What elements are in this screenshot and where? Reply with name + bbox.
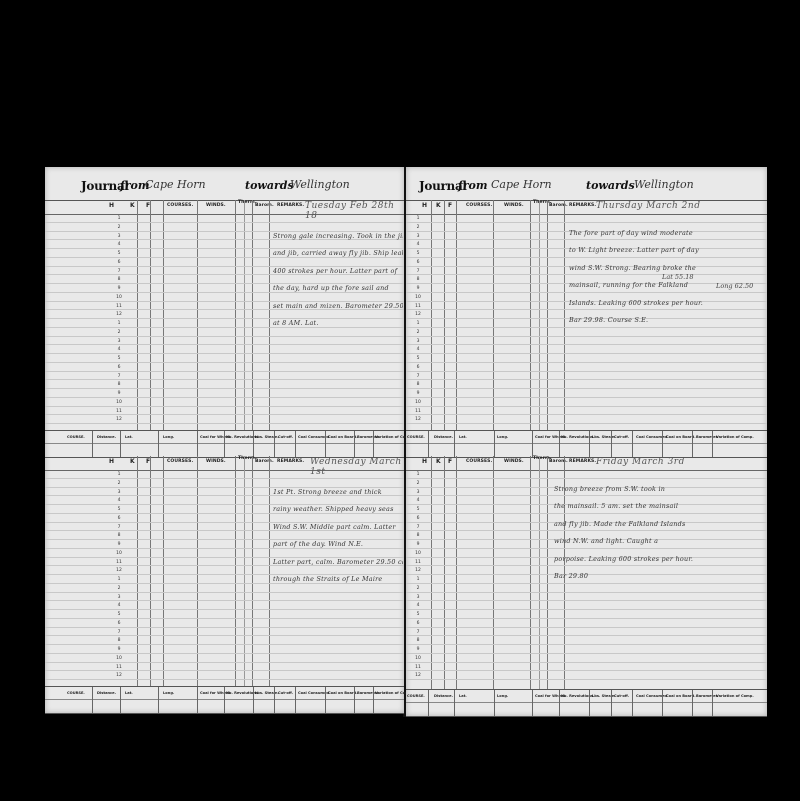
- hour-number: 1: [111, 577, 127, 582]
- footer-divider: [559, 690, 560, 716]
- hour-row: 3: [406, 337, 767, 346]
- hour-number: 12: [410, 312, 426, 317]
- towards-value: Wellington: [634, 178, 694, 191]
- remarks-line: the day, hard up the fore sail and: [273, 284, 403, 293]
- footer-divider: [120, 431, 121, 457]
- hour-number: 2: [410, 481, 426, 486]
- hour-number: 6: [111, 516, 127, 521]
- remarks-line: and jib, carried away fly jib. Ship leak…: [273, 249, 403, 258]
- hour-number: 7: [410, 269, 426, 274]
- hour-number: 2: [111, 225, 127, 230]
- hour-row: 11: [45, 407, 404, 416]
- hour-row: 4: [406, 345, 767, 354]
- hour-number: 2: [410, 330, 426, 335]
- entry-remarks: Strong breeze from S.W. took in the main…: [554, 476, 765, 590]
- footer-divider: [120, 687, 121, 713]
- remarks-line: rainy weather. Shipped heavy seas: [273, 505, 403, 514]
- hour-number: 11: [111, 409, 127, 414]
- col-courses: COURSES.: [167, 459, 193, 464]
- footer-divider: [92, 687, 93, 713]
- hour-number: 6: [410, 365, 426, 370]
- hour-number: 9: [410, 286, 426, 291]
- remarks-line: wind S.W. Strong. Bearing broke the: [569, 264, 765, 273]
- col-winds: WINDS.: [504, 203, 524, 208]
- hour-number: 4: [410, 603, 426, 608]
- hour-number: 7: [111, 630, 127, 635]
- hour-number: 6: [111, 621, 127, 626]
- footer-course: COURSE.: [67, 435, 85, 439]
- footer-divider: [373, 431, 374, 457]
- hour-number: 4: [410, 242, 426, 247]
- hour-number: 5: [111, 507, 127, 512]
- remarks-line: at 8 AM. Lat.: [273, 319, 403, 328]
- footer-steam: Lbs. Steam.: [592, 694, 616, 698]
- footer-divider: [611, 690, 612, 716]
- hour-row: 3: [45, 337, 404, 346]
- hour-number: 6: [111, 260, 127, 265]
- footer-course: COURSE.: [407, 694, 425, 698]
- log-section-lower-right: H K F COURSES. WINDS. Therm. Barom. REMA…: [406, 456, 767, 689]
- remarks-line: Strong breeze from S.W. took in: [554, 485, 765, 494]
- col-remarks: REMARKS.: [569, 203, 596, 208]
- footer-divider: [274, 687, 275, 713]
- hour-row: 10: [45, 654, 404, 663]
- footer-cutoff: Cut-off.: [614, 694, 629, 698]
- hour-row: 10: [406, 398, 767, 407]
- footer-divider: [428, 690, 429, 716]
- col-barom: Barom.: [255, 459, 274, 464]
- footer-divider: [295, 687, 296, 713]
- col-k: K: [130, 458, 135, 465]
- hour-row: 8: [406, 636, 767, 645]
- hour-row: 6: [45, 619, 404, 628]
- hour-row: 6: [406, 619, 767, 628]
- left-page-title-row: Journal from Cape Horn towards Wellingto…: [45, 167, 404, 201]
- log-header: H K F COURSES. WINDS. Therm. Barom. REMA…: [406, 200, 767, 215]
- footer-lat: Lat.: [459, 435, 467, 439]
- hour-number: 1: [410, 577, 426, 582]
- hour-row: 9: [406, 389, 767, 398]
- footer-lat: Lat.: [459, 694, 467, 698]
- footer-long: Long.: [163, 691, 174, 695]
- col-courses: COURSES.: [466, 203, 492, 208]
- hour-number: 8: [111, 277, 127, 282]
- footer-divider: [454, 431, 455, 457]
- hour-row: 8: [45, 380, 404, 389]
- hour-number: 4: [111, 498, 127, 503]
- hour-number: 3: [410, 595, 426, 600]
- col-winds: WINDS.: [206, 459, 226, 464]
- remarks-line: through the Straits of Le Maire: [273, 575, 403, 584]
- hour-row: 5: [406, 610, 767, 619]
- hour-number: 12: [410, 568, 426, 573]
- footer-divider: [354, 431, 355, 457]
- footer-divider: [158, 687, 159, 713]
- hour-number: 8: [410, 638, 426, 643]
- hour-number: 9: [111, 647, 127, 652]
- footer-divider: [532, 431, 533, 457]
- summary-footer-lower-right: COURSE. Distance. Lat. Long. Coal for Wh…: [406, 689, 767, 717]
- remarks-line: The fore part of day wind moderate: [569, 229, 765, 238]
- hour-row: 10: [406, 654, 767, 663]
- hour-row: 9: [406, 645, 767, 654]
- hour-row: 7: [45, 628, 404, 637]
- col-therm: Therm.: [238, 200, 257, 205]
- hour-number: 9: [410, 647, 426, 652]
- log-section-lower-left: H K F COURSES. WINDS. Therm. Barom. REMA…: [45, 456, 404, 686]
- col-k: K: [436, 202, 441, 209]
- remarks-line: 400 strokes per hour. Latter part of: [273, 267, 403, 276]
- right-page-title-row: Journal from Cape Horn towards Wellingto…: [406, 167, 767, 201]
- hour-number: 2: [111, 481, 127, 486]
- remarks-line: porpoise. Leaking 600 strokes per hour.: [554, 555, 765, 564]
- hour-row: 11: [45, 663, 404, 672]
- col-therm: Therm.: [238, 456, 257, 461]
- hour-number: 10: [111, 551, 127, 556]
- remarks-line: Islands. Leaking 600 strokes per hour.: [569, 299, 765, 308]
- col-courses: COURSES.: [167, 203, 193, 208]
- hour-number: 5: [410, 507, 426, 512]
- hour-row: 5: [406, 354, 767, 363]
- hour-number: 11: [111, 304, 127, 309]
- towards-label: towards: [586, 179, 635, 192]
- hour-number: 10: [111, 656, 127, 661]
- hour-number: 12: [410, 417, 426, 422]
- hour-number: 5: [410, 612, 426, 617]
- hour-row: 12: [45, 671, 404, 680]
- hour-number: 1: [111, 216, 127, 221]
- footer-variation: Variation of Comp.: [716, 435, 754, 439]
- footer-lat: Lat.: [125, 435, 133, 439]
- hour-row: 6: [406, 363, 767, 372]
- hour-number: 1: [111, 472, 127, 477]
- hour-number: 12: [111, 417, 127, 422]
- hour-row: 9: [45, 645, 404, 654]
- remarks-line: Latter part, calm. Barometer 29.50 came: [273, 558, 403, 567]
- footer-cutoff: Cut-off.: [278, 691, 293, 695]
- col-remarks: REMARKS.: [277, 203, 304, 208]
- footer-divider: [197, 687, 198, 713]
- footer-divider: [224, 687, 225, 713]
- footer-divider: [712, 690, 713, 716]
- hour-number: 10: [410, 656, 426, 661]
- hour-row: 4: [45, 601, 404, 610]
- hour-row: 3: [45, 593, 404, 602]
- hour-row: 3: [406, 593, 767, 602]
- footer-long: Long.: [163, 435, 174, 439]
- footer-divider: [325, 687, 326, 713]
- hour-number: 2: [410, 225, 426, 230]
- footer-divider: [559, 431, 560, 457]
- hour-number: 7: [111, 269, 127, 274]
- log-section-upper-left: H K F COURSES. WINDS. Therm. Barom. REMA…: [45, 200, 404, 430]
- footer-divider: [428, 431, 429, 457]
- hour-number: 7: [410, 525, 426, 530]
- hour-number: 4: [111, 347, 127, 352]
- remarks-line: 1st Pt. Strong breeze and thick: [273, 488, 403, 497]
- hour-number: 5: [111, 612, 127, 617]
- remarks-line: Strong gale increasing. Took in the jib …: [273, 232, 403, 241]
- remarks-line: Bar 29.98. Course S.E.: [569, 316, 765, 325]
- col-winds: WINDS.: [504, 459, 524, 464]
- hour-number: 12: [111, 312, 127, 317]
- footer-steam: Lbs. Steam.: [255, 435, 279, 439]
- hour-row: 11: [406, 663, 767, 672]
- col-f: F: [448, 458, 452, 465]
- hour-number: 8: [410, 533, 426, 538]
- hour-row: 6: [45, 363, 404, 372]
- hour-number: 3: [410, 234, 426, 239]
- hour-row: 12: [406, 671, 767, 680]
- footer-divider: [712, 431, 713, 457]
- hour-number: 6: [410, 516, 426, 521]
- hour-number: 8: [410, 277, 426, 282]
- from-value: Cape Horn: [491, 178, 552, 191]
- hour-number: 12: [111, 673, 127, 678]
- footer-divider: [295, 431, 296, 457]
- hour-number: 1: [111, 321, 127, 326]
- footer-long: Long.: [497, 435, 508, 439]
- hour-row: 5: [45, 610, 404, 619]
- footer-divider: [692, 431, 693, 457]
- hour-number: 3: [410, 490, 426, 495]
- footer-divider: [589, 431, 590, 457]
- hour-number: 3: [111, 595, 127, 600]
- footer-course: COURSE.: [67, 691, 85, 695]
- hour-number: 9: [111, 286, 127, 291]
- remarks-line: the mainsail. 5 am. set the mainsail: [554, 502, 765, 511]
- hour-number: 4: [111, 603, 127, 608]
- from-label: from: [458, 179, 488, 192]
- hour-number: 1: [410, 472, 426, 477]
- hour-row: 11: [406, 407, 767, 416]
- footer-cutoff: Cut-off.: [278, 435, 293, 439]
- hour-row: 4: [406, 601, 767, 610]
- entry-date: Wednesday March 1st: [310, 457, 404, 477]
- summary-footer-upper-left: COURSE. Distance. Lat. Long. Coal for Wh…: [45, 430, 404, 458]
- footer-divider: [632, 431, 633, 457]
- hour-number: 9: [410, 391, 426, 396]
- hour-number: 2: [111, 330, 127, 335]
- col-h: H: [109, 202, 114, 209]
- hour-row: 12: [45, 415, 404, 424]
- hour-number: 10: [111, 295, 127, 300]
- hour-number: 1: [410, 216, 426, 221]
- remarks-line: and fly jib. Made the Falkland Islands: [554, 520, 765, 529]
- remarks-line: Bar 29.80: [554, 572, 765, 581]
- hour-number: 4: [410, 498, 426, 503]
- footer-divider: [373, 687, 374, 713]
- hour-number: 4: [111, 242, 127, 247]
- hour-number: 2: [111, 586, 127, 591]
- hour-number: 11: [410, 409, 426, 414]
- hour-number: 12: [410, 673, 426, 678]
- hour-number: 6: [111, 365, 127, 370]
- hour-number: 11: [410, 665, 426, 670]
- footer-long: Long.: [497, 694, 508, 698]
- hour-row: 8: [406, 380, 767, 389]
- footer-steam: Lbs. Steam.: [592, 435, 616, 439]
- footer-divider: [662, 431, 663, 457]
- footer-divider: [325, 431, 326, 457]
- entry-date: Friday March 3rd: [596, 457, 685, 467]
- col-h: H: [422, 202, 427, 209]
- col-remarks: REMARKS.: [277, 459, 304, 464]
- left-journal-page: Journal from Cape Horn towards Wellingto…: [45, 167, 404, 713]
- hour-number: 3: [111, 339, 127, 344]
- hour-number: 10: [111, 400, 127, 405]
- remarks-line: wind N.W. and light. Caught a: [554, 537, 765, 546]
- footer-divider: [494, 690, 495, 716]
- footer-divider: [662, 690, 663, 716]
- hour-number: 7: [410, 374, 426, 379]
- col-h: H: [109, 458, 114, 465]
- footer-coal-consumed: Coal Consumed.: [636, 435, 669, 439]
- hour-number: 3: [111, 490, 127, 495]
- entry-remarks: 1st Pt. Strong breeze and thick rainy we…: [273, 479, 403, 593]
- remarks-line: to W. Light breeze. Latter part of day: [569, 246, 765, 255]
- hour-number: 8: [111, 533, 127, 538]
- hour-row: 7: [406, 628, 767, 637]
- log-header: H K F COURSES. WINDS. Therm. Barom. REMA…: [406, 456, 767, 471]
- hour-number: 7: [410, 630, 426, 635]
- col-h: H: [422, 458, 427, 465]
- right-journal-page: Journal from Cape Horn towards Wellingto…: [406, 167, 767, 716]
- footer-coal-consumed: Coal Consumed.: [636, 694, 669, 698]
- hour-number: 7: [111, 374, 127, 379]
- from-value: Cape Horn: [145, 178, 206, 191]
- hour-number: 9: [111, 542, 127, 547]
- hour-number: 8: [111, 382, 127, 387]
- latitude-note: Lat 55.18: [662, 273, 693, 281]
- hour-number: 11: [111, 665, 127, 670]
- footer-distance: Distance.: [97, 691, 116, 695]
- footer-steam: Lbs. Steam.: [255, 691, 279, 695]
- hour-number: 3: [410, 339, 426, 344]
- summary-footer-upper-right: COURSE. Distance. Lat. Long. Coal for Wh…: [406, 430, 767, 458]
- hour-row: 10: [45, 398, 404, 407]
- footer-course: COURSE.: [407, 435, 425, 439]
- footer-divider: [253, 431, 254, 457]
- footer-distance: Distance.: [434, 435, 453, 439]
- footer-divider: [354, 687, 355, 713]
- hour-row: 12: [406, 415, 767, 424]
- hour-number: 11: [111, 560, 127, 565]
- hour-number: 10: [410, 400, 426, 405]
- hour-row: 5: [45, 354, 404, 363]
- hour-number: 2: [410, 586, 426, 591]
- col-winds: WINDS.: [206, 203, 226, 208]
- footer-divider: [253, 687, 254, 713]
- hour-number: 3: [111, 234, 127, 239]
- footer-cutoff: Cut-off.: [614, 435, 629, 439]
- footer-variation: Variation of Comp.: [716, 694, 754, 698]
- footer-divider: [532, 690, 533, 716]
- longitude-note: Long 62.50: [716, 282, 753, 290]
- hour-number: 12: [111, 568, 127, 573]
- hour-row: 8: [45, 636, 404, 645]
- towards-value: Wellington: [290, 178, 350, 191]
- footer-distance: Distance.: [434, 694, 453, 698]
- footer-divider: [692, 690, 693, 716]
- hour-number: 6: [410, 260, 426, 265]
- hour-number: 5: [111, 356, 127, 361]
- hour-number: 5: [111, 251, 127, 256]
- hour-number: 4: [410, 347, 426, 352]
- col-k: K: [130, 202, 135, 209]
- remarks-line: Wind S.W. Middle part calm. Latter: [273, 523, 403, 532]
- hour-number: 1: [410, 321, 426, 326]
- hour-number: 7: [111, 525, 127, 530]
- hour-row: 7: [45, 372, 404, 381]
- hour-number: 6: [410, 621, 426, 626]
- col-barom: Barom.: [255, 203, 274, 208]
- hour-number: 9: [111, 391, 127, 396]
- footer-divider: [158, 431, 159, 457]
- hour-row: 9: [45, 389, 404, 398]
- footer-divider: [611, 431, 612, 457]
- entry-remarks: Strong gale increasing. Took in the jib …: [273, 223, 403, 337]
- hour-number: 10: [410, 551, 426, 556]
- hour-number: 10: [410, 295, 426, 300]
- footer-divider: [454, 690, 455, 716]
- footer-divider: [589, 690, 590, 716]
- hour-number: 5: [410, 356, 426, 361]
- footer-divider: [92, 431, 93, 457]
- col-k: K: [436, 458, 441, 465]
- footer-divider: [632, 690, 633, 716]
- footer-lat: Lat.: [125, 691, 133, 695]
- col-remarks: REMARKS.: [569, 459, 596, 464]
- remarks-line: part of the day. Wind N.E.: [273, 540, 403, 549]
- hour-number: 5: [410, 251, 426, 256]
- summary-footer-lower-left: COURSE. Distance. Lat. Long. Coal for Wh…: [45, 686, 404, 714]
- hour-number: 8: [111, 638, 127, 643]
- towards-label: towards: [245, 179, 294, 192]
- hour-row: 4: [45, 345, 404, 354]
- entry-date: Tuesday Feb 28th 18: [305, 201, 404, 221]
- col-courses: COURSES.: [466, 459, 492, 464]
- hour-number: 8: [410, 382, 426, 387]
- remarks-line: set main and mizen. Barometer 29.50: [273, 302, 403, 311]
- col-f: F: [448, 202, 452, 209]
- footer-distance: Distance.: [97, 435, 116, 439]
- hour-number: 11: [410, 304, 426, 309]
- hour-row: 7: [406, 372, 767, 381]
- footer-divider: [197, 431, 198, 457]
- footer-divider: [224, 431, 225, 457]
- log-section-upper-right: H K F COURSES. WINDS. Therm. Barom. REMA…: [406, 200, 767, 430]
- entry-date: Thursday March 2nd: [596, 201, 700, 211]
- footer-divider: [274, 431, 275, 457]
- hour-number: 9: [410, 542, 426, 547]
- footer-divider: [494, 431, 495, 457]
- hour-number: 11: [410, 560, 426, 565]
